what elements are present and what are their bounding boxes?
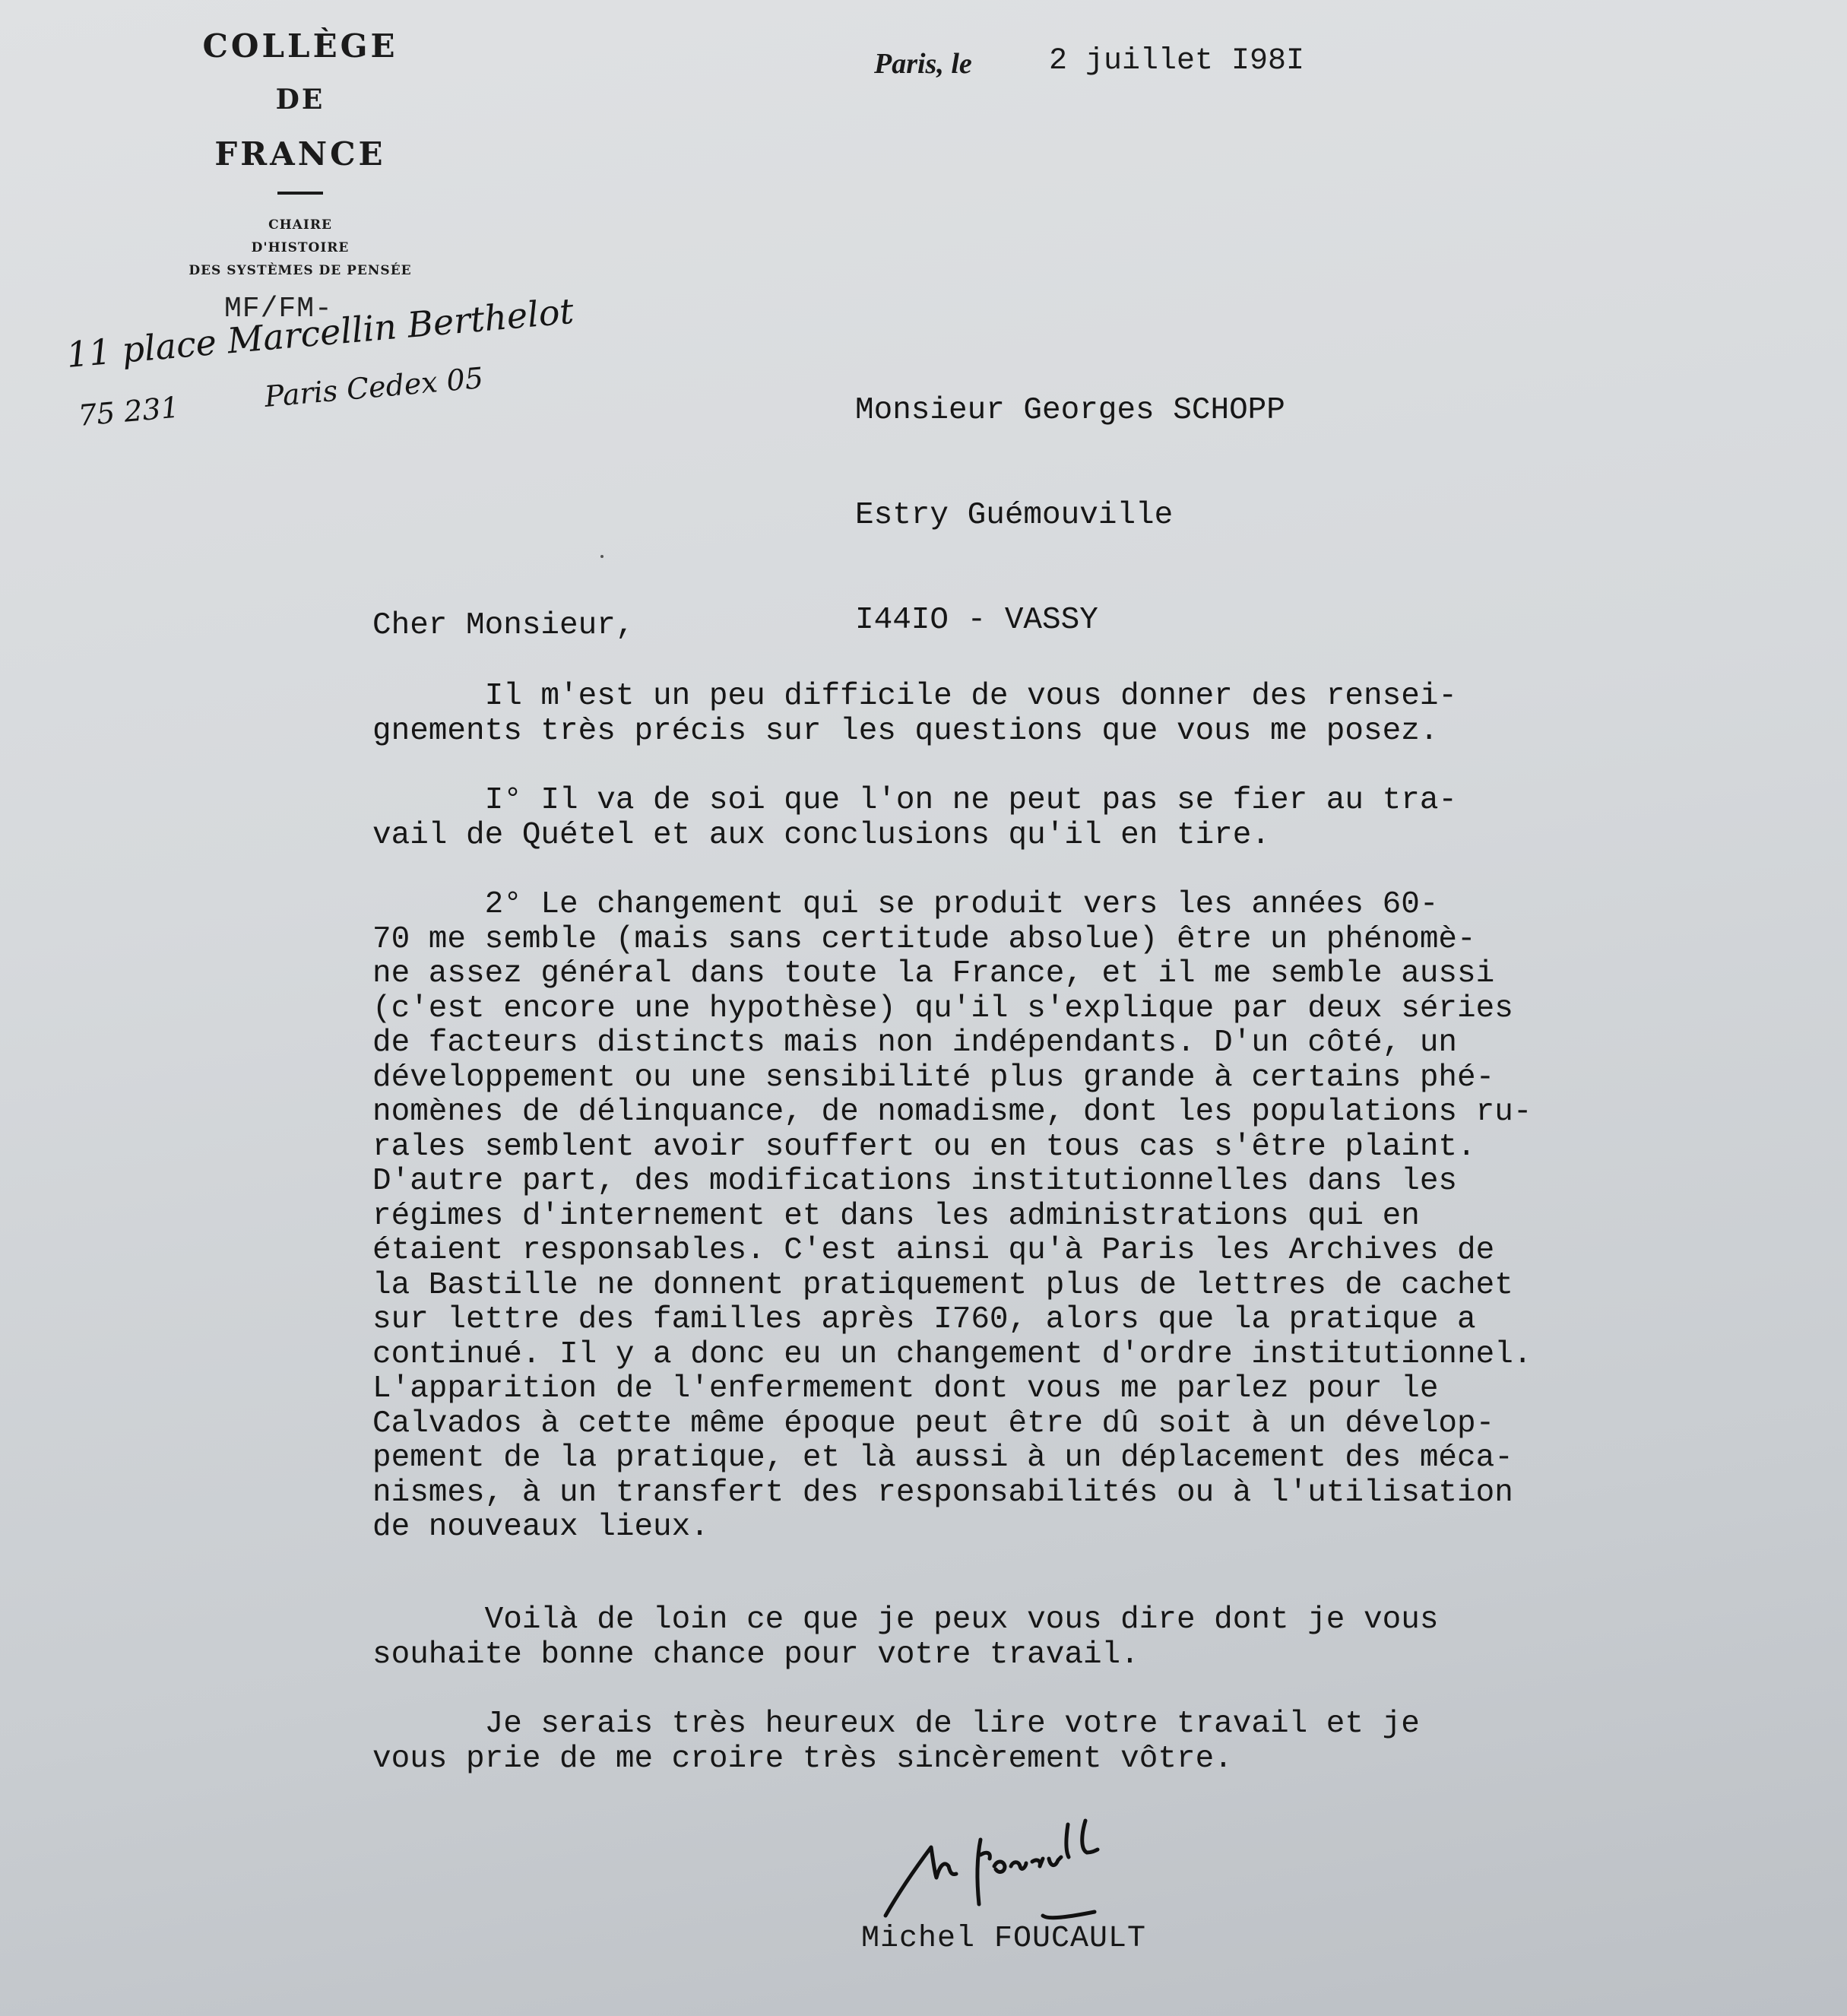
paragraph-sign-off: Je serais très heureux de lire votre tra… <box>372 1707 1420 1777</box>
date-value: 2 juillet I98I <box>1049 44 1304 78</box>
text-line: vous prie de me croire très sincèrement … <box>372 1742 1420 1777</box>
text-line: de facteurs distincts mais non indépenda… <box>372 1026 1532 1061</box>
letterhead-divider <box>277 192 323 195</box>
text-line: Il m'est un peu difficile de vous donner… <box>372 679 1457 714</box>
recipient-line: Estry Guémouville <box>855 498 1285 533</box>
date-place: Paris, le <box>874 47 972 81</box>
letterhead-france: FRANCE <box>152 138 448 170</box>
paper-speck <box>600 555 604 558</box>
text-line: de nouveaux lieux. <box>372 1510 1532 1545</box>
letterhead: COLLÈGE DE FRANCE CHAIRE D'HISTOIRE DES … <box>152 23 448 284</box>
text-line: D'autre part, des modifications institut… <box>372 1165 1532 1200</box>
text-line: 70 me semble (mais sans certitude absolu… <box>372 923 1532 958</box>
text-line: sur lettre des familles après I760, alor… <box>372 1303 1532 1338</box>
salutation: Cher Monsieur, <box>372 608 634 643</box>
paragraph-intro: Il m'est un peu difficile de vous donner… <box>372 679 1457 749</box>
typed-signature-name: Michel FOUCAULT <box>861 1922 1146 1956</box>
text-line: régimes d'internement et dans les admini… <box>372 1200 1532 1235</box>
paragraph-point-2: 2° Le changement qui se produit vers les… <box>372 888 1532 1545</box>
text-line: la Bastille ne donnent pratiquement plus… <box>372 1269 1532 1304</box>
text-line: Voilà de loin ce que je peux vous dire d… <box>372 1602 1438 1637</box>
text-line: rales semblent avoir souffert ou en tous… <box>372 1130 1532 1165</box>
paragraph-closing: Voilà de loin ce que je peux vous dire d… <box>372 1602 1438 1672</box>
recipient-line: Monsieur Georges SCHOPP <box>855 393 1285 428</box>
text-line: souhaite bonne chance pour votre travail… <box>372 1637 1438 1672</box>
letterhead-de: DE <box>152 84 448 116</box>
text-line: continué. Il y a donc eu un changement d… <box>372 1338 1532 1373</box>
text-line: vail de Quétel et aux conclusions qu'il … <box>372 818 1457 853</box>
text-line: pement de la pratique, et là aussi à un … <box>372 1441 1532 1476</box>
paragraph-point-1: I° Il va de soi que l'on ne peut pas se … <box>372 783 1457 853</box>
text-line: 2° Le changement qui se produit vers les… <box>372 888 1532 923</box>
text-line: I° Il va de soi que l'on ne peut pas se … <box>372 783 1457 818</box>
text-line: gnements très précis sur les questions q… <box>372 714 1457 749</box>
text-line: L'apparition de l'enfermement dont vous … <box>372 1372 1532 1407</box>
text-line: ne assez général dans toute la France, e… <box>372 957 1532 992</box>
text-line: nomènes de délinquance, de nomadisme, do… <box>372 1095 1532 1130</box>
text-line: (c'est encore une hypothèse) qu'il s'exp… <box>372 992 1532 1027</box>
recipient-line: I44IO - VASSY <box>855 603 1285 638</box>
text-line: nismes, à un transfert des responsabilit… <box>372 1476 1532 1511</box>
text-line: Je serais très heureux de lire votre tra… <box>372 1707 1420 1742</box>
letterhead-college: COLLÈGE <box>152 30 448 62</box>
recipient-address: Monsieur Georges SCHOPP Estry Guémouvill… <box>855 323 1285 673</box>
letterhead-chair-3: DES SYSTÈMES DE PENSÉE <box>122 257 479 284</box>
text-line: étaient responsables. C'est ainsi qu'à P… <box>372 1234 1532 1269</box>
text-line: Calvados à cette même époque peut être d… <box>372 1407 1532 1442</box>
handwritten-postal-code: 75 231 <box>77 391 180 433</box>
handwritten-city: Paris Cedex 05 <box>263 361 484 414</box>
text-line: développement ou une sensibilité plus gr… <box>372 1061 1532 1096</box>
